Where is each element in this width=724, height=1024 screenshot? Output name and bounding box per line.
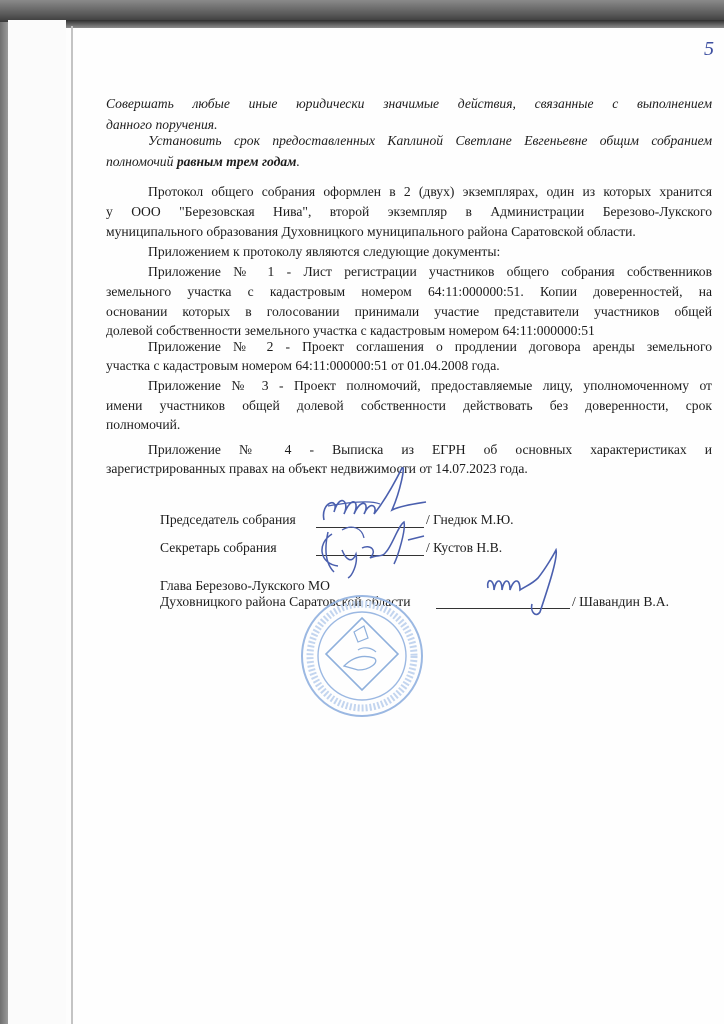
protocol-line-1: Протокол общего собрания оформлен в 2 (д… — [148, 184, 712, 200]
secretary-role: Секретарь собрания — [160, 540, 277, 556]
italic-line-4-text: полномочий — [106, 154, 177, 169]
italic-line-4-end: . — [296, 154, 299, 169]
scan-edge-top — [0, 0, 724, 22]
italic-line-1: Совершать любые иные юридически значимые… — [106, 96, 712, 112]
chairman-name: / Гнедюк М.Ю. — [426, 512, 514, 528]
attachment-1-line-1: Приложение № 1 - Лист регистрации участн… — [148, 264, 712, 280]
attachment-3-line-2: имени участников общей долевой собственн… — [106, 398, 712, 414]
scan-side-strip — [8, 20, 66, 1024]
term-bold: равным трем годам — [177, 154, 297, 169]
official-stamp — [298, 592, 426, 720]
secretary-signature — [312, 520, 432, 580]
page-fold-line — [71, 26, 73, 1024]
scan-shadow-top — [66, 20, 724, 28]
handwritten-page-number: 5 — [704, 38, 714, 61]
attachment-1-line-4: долевой собственности земельного участка… — [106, 323, 595, 339]
attachment-2-line-1: Приложение № 2 - Проект соглашения о про… — [148, 339, 712, 355]
italic-line-4: полномочий равным трем годам. — [106, 154, 300, 170]
scan-edge-left — [0, 0, 8, 1024]
head-name: / Шавандин В.А. — [572, 594, 669, 610]
head-signature — [480, 548, 580, 618]
attachment-1-line-2: земельного участка с кадастровым номером… — [106, 284, 712, 300]
attachment-4-line-1: Приложение № 4 - Выписка из ЕГРН об осно… — [148, 442, 712, 458]
attachment-3-line-1: Приложение № 3 - Проект полномочий, пред… — [148, 378, 712, 394]
protocol-line-3: муниципального образования Духовницкого … — [106, 224, 636, 240]
attachment-1-line-3: основании которых в голосовании принимал… — [106, 304, 712, 320]
protocol-line-2: у ООО "Березовская Нива", второй экземпл… — [106, 204, 712, 220]
attachment-3-line-3: полномочий. — [106, 417, 180, 433]
italic-line-3: Установить срок предоставленных Каплиной… — [148, 133, 712, 149]
italic-line-2: данного поручения. — [106, 117, 217, 133]
attachment-2-line-2: участка с кадастровым номером 64:11:0000… — [106, 358, 500, 374]
attachments-intro: Приложением к протоколу являются следующ… — [148, 244, 500, 260]
chairman-role: Председатель собрания — [160, 512, 296, 528]
